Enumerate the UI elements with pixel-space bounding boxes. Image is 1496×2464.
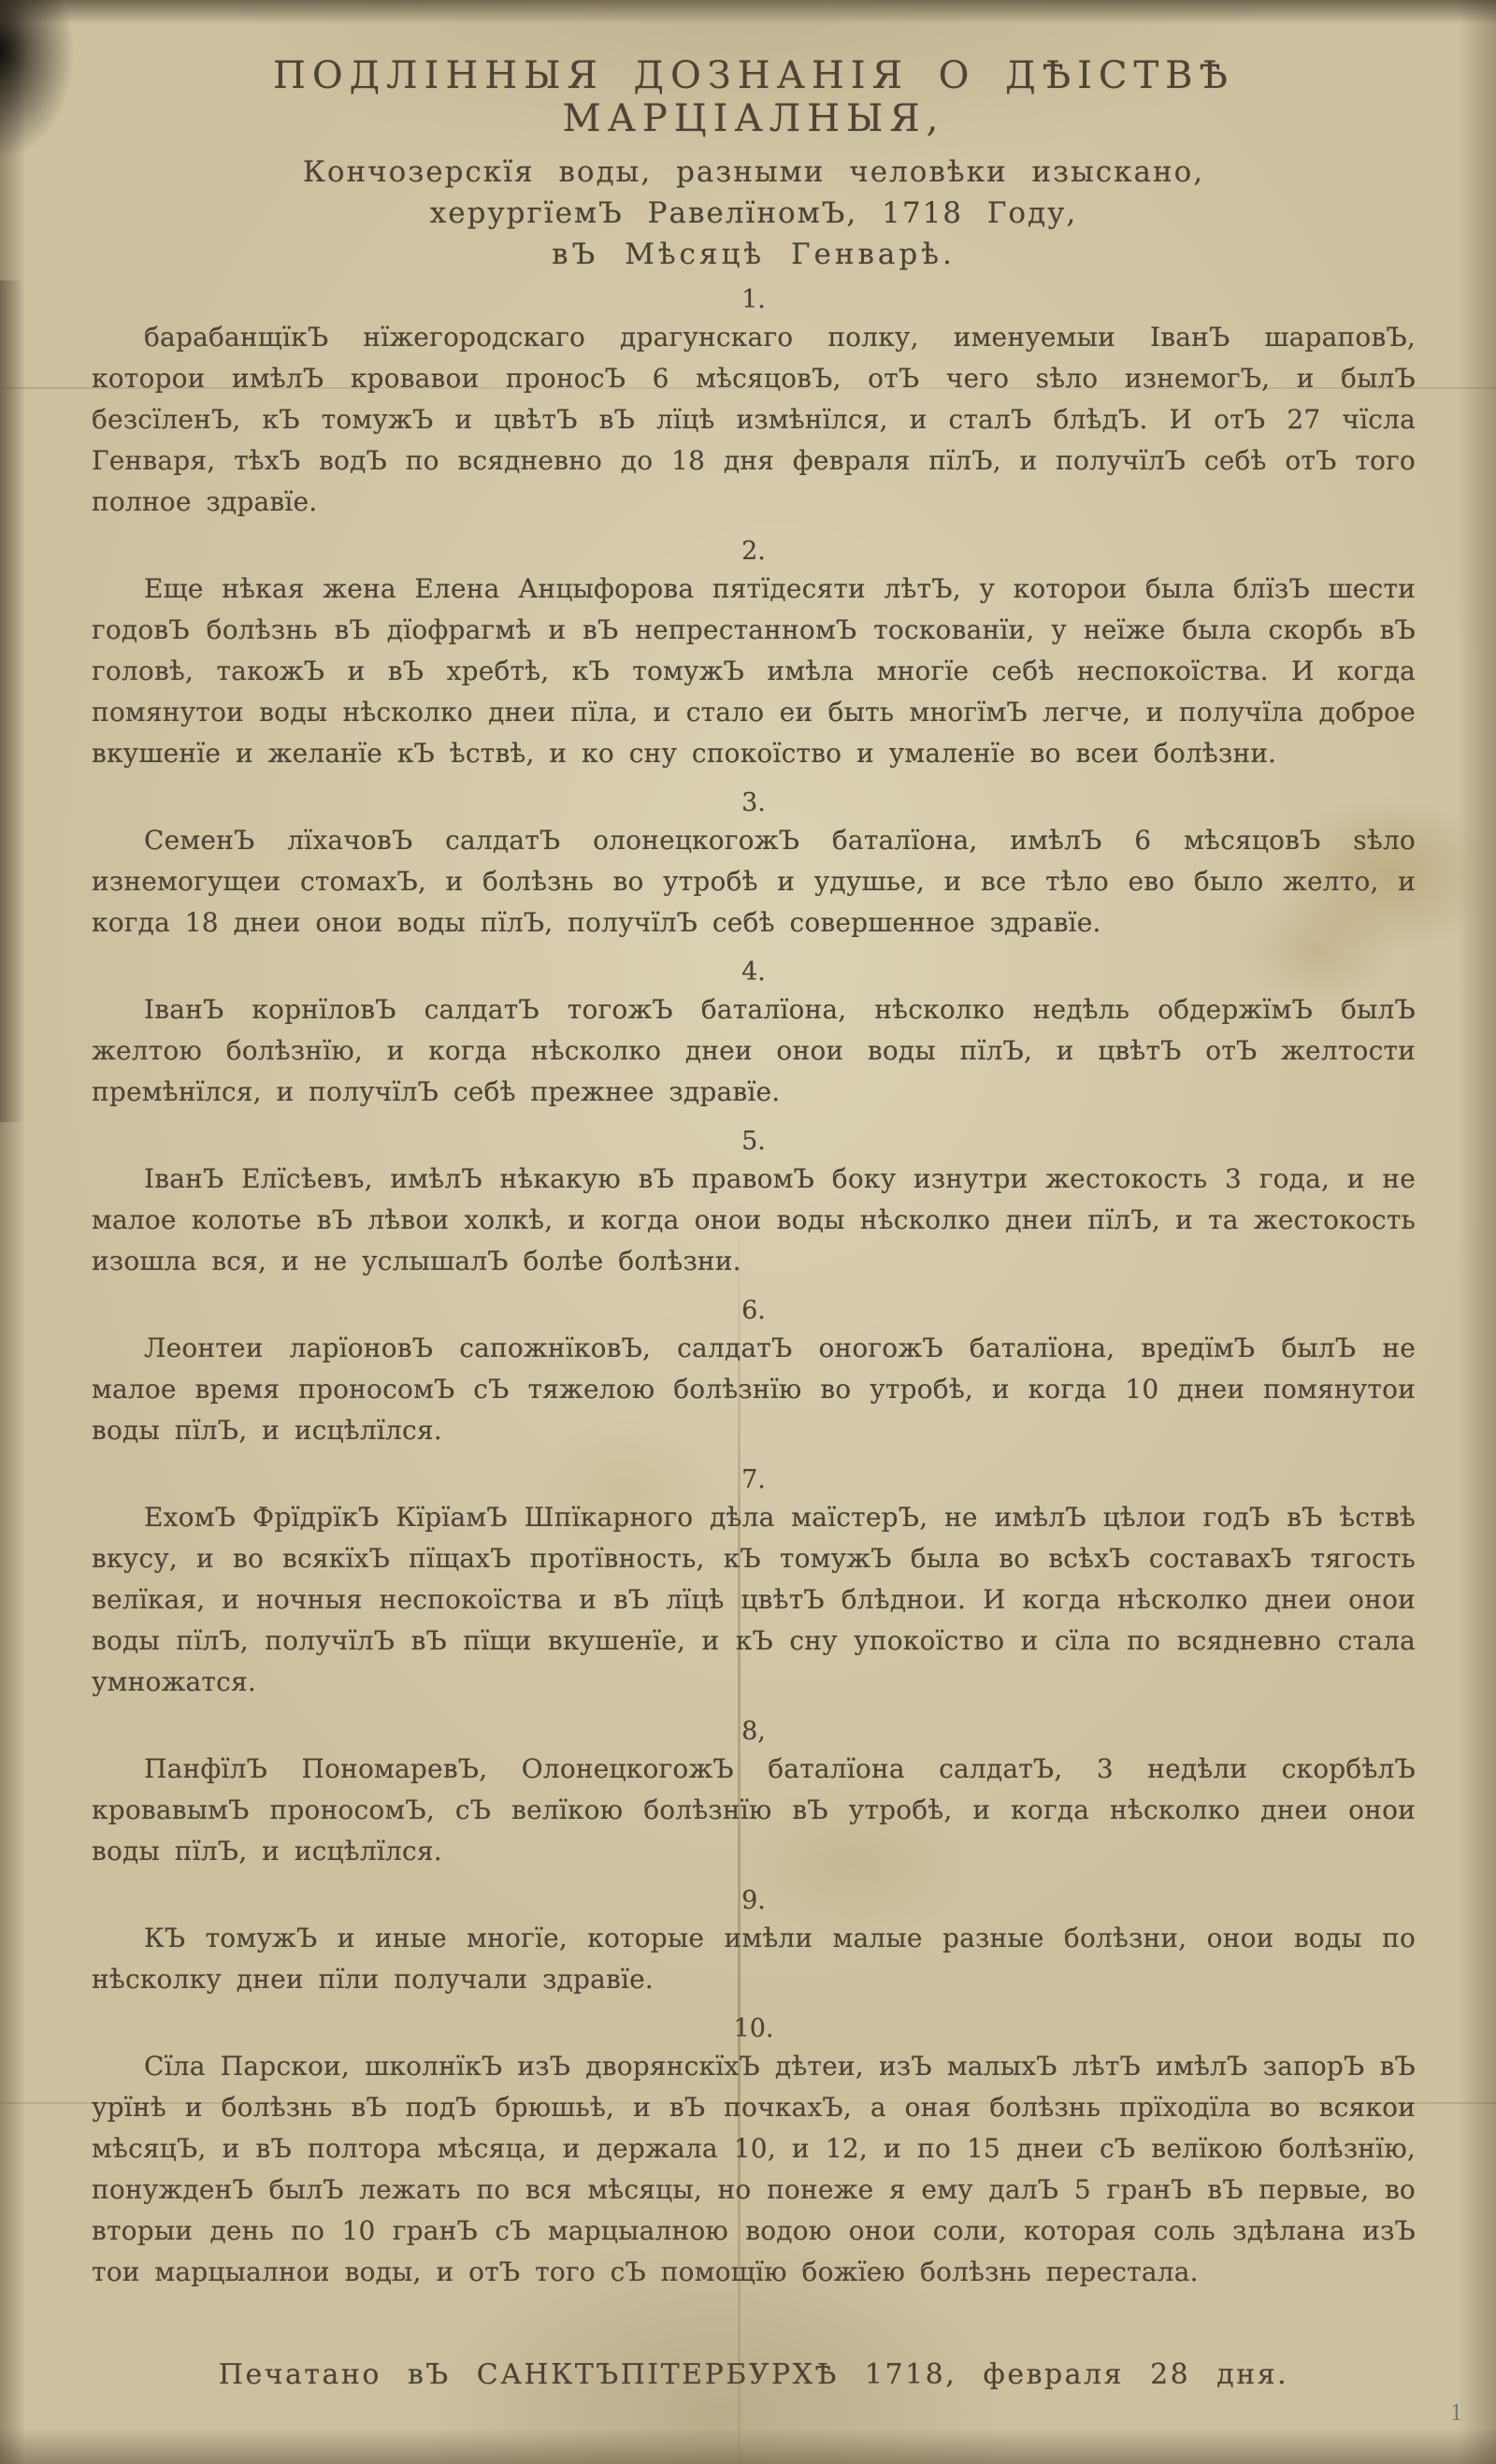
section-text: барабанщїкЪ нїжегородскаго драгунскаго п…	[92, 317, 1416, 523]
section-text: ІванЪ корнїловЪ салдатЪ тогожЪ баталїона…	[92, 989, 1416, 1113]
case-section: 7. ЕхомЪ ФрїдрїкЪ КїрїамЪ Шпїкарного дѣл…	[92, 1465, 1416, 1703]
case-section: 4. ІванЪ корнїловЪ салдатЪ тогожЪ баталї…	[92, 958, 1416, 1113]
section-text: Еще нѣкая жена Елена Анцыфорова пятїдеся…	[92, 569, 1416, 774]
document-page: ПОДЛІННЫЯ ДОЗНАНІЯ О ДѢІСТВѢ МАРЦІАЛНЫЯ,…	[0, 0, 1496, 2464]
document-title-line-3: херургїемЪ РавелїномЪ, 1718 Году,	[92, 196, 1416, 230]
section-text: Сїла Парскои, школнїкЪ изЪ дворянскїхЪ д…	[92, 2046, 1416, 2293]
section-number: 10.	[92, 2014, 1416, 2043]
section-text: ЕхомЪ ФрїдрїкЪ КїрїамЪ Шпїкарного дѣла м…	[92, 1497, 1416, 1703]
section-text: КЪ томужЪ и иные многїе, которые имѣли м…	[92, 1918, 1416, 2000]
section-text: СеменЪ лїхачовЪ салдатЪ олонецкогожЪ бат…	[92, 820, 1416, 944]
section-number: 3.	[92, 788, 1416, 817]
case-section: 6. Леонтеи ларїоновЪ сапожнїковЪ, салдат…	[92, 1296, 1416, 1451]
case-list: 1. барабанщїкЪ нїжегородскаго драгунскаг…	[92, 285, 1416, 2293]
document-title-line-4: вЪ Мѣсяцѣ Генварѣ.	[92, 238, 1416, 271]
case-section: 8, ПанфїлЪ ПономаревЪ, ОлонецкогожЪ бата…	[92, 1717, 1416, 1872]
section-number: 1.	[92, 285, 1416, 314]
section-number: 5.	[92, 1127, 1416, 1156]
section-text: ПанфїлЪ ПономаревЪ, ОлонецкогожЪ баталїо…	[92, 1749, 1416, 1872]
case-section: 10. Сїла Парскои, школнїкЪ изЪ дворянскї…	[92, 2014, 1416, 2293]
document-title-line-2: Кончозерскїя воды, разными человѣки изыс…	[92, 155, 1416, 189]
section-text: Леонтеи ларїоновЪ сапожнїковЪ, салдатЪ о…	[92, 1328, 1416, 1451]
document-footer: Печатано вЪ САНКТЪПІТЕРБУРХѢ 1718, февра…	[92, 2358, 1416, 2391]
section-number: 7.	[92, 1465, 1416, 1494]
imprint-line: Печатано вЪ САНКТЪПІТЕРБУРХѢ 1718, февра…	[92, 2358, 1416, 2391]
section-number: 8,	[92, 1717, 1416, 1746]
section-number: 2.	[92, 537, 1416, 566]
section-text: ІванЪ Елїсѣевъ, имѣлЪ нѣкакую вЪ правомЪ…	[92, 1159, 1416, 1282]
document-header: ПОДЛІННЫЯ ДОЗНАНІЯ О ДѢІСТВѢ МАРЦІАЛНЫЯ,…	[92, 54, 1416, 271]
document-content: ПОДЛІННЫЯ ДОЗНАНІЯ О ДѢІСТВѢ МАРЦІАЛНЫЯ,…	[0, 0, 1496, 2464]
section-number: 4.	[92, 958, 1416, 987]
document-title-line-1: ПОДЛІННЫЯ ДОЗНАНІЯ О ДѢІСТВѢ МАРЦІАЛНЫЯ,	[92, 54, 1416, 140]
case-section: 9. КЪ томужЪ и иные многїе, которые имѣл…	[92, 1886, 1416, 2000]
section-number: 6.	[92, 1296, 1416, 1325]
case-section: 1. барабанщїкЪ нїжегородскаго драгунскаг…	[92, 285, 1416, 523]
case-section: 2. Еще нѣкая жена Елена Анцыфорова пятїд…	[92, 537, 1416, 774]
page-number: 1	[1450, 2399, 1462, 2427]
case-section: 5. ІванЪ Елїсѣевъ, имѣлЪ нѣкакую вЪ прав…	[92, 1127, 1416, 1282]
section-number: 9.	[92, 1886, 1416, 1915]
case-section: 3. СеменЪ лїхачовЪ салдатЪ олонецкогожЪ …	[92, 788, 1416, 944]
